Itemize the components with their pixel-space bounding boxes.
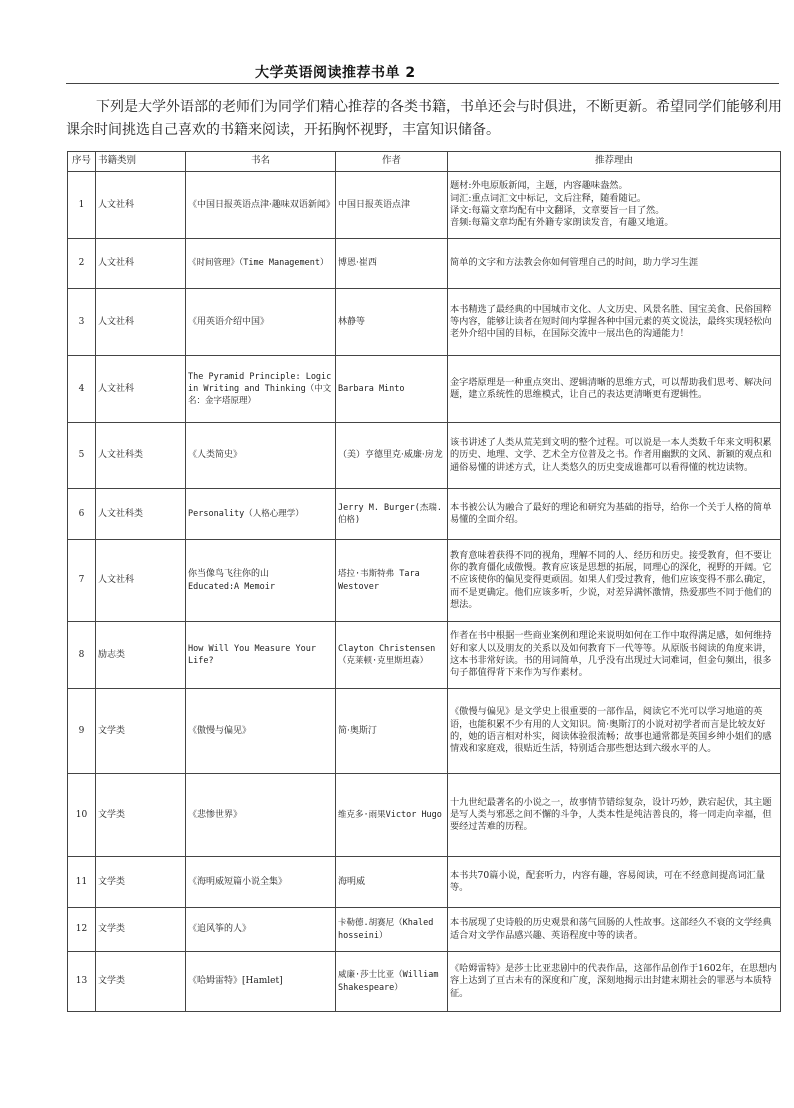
cell-category: 文学类 <box>96 857 186 908</box>
cell-reason: 《傲慢与偏见》是文学史上很重要的一部作品，阅读它不光可以学习地道的英语，也能积累… <box>448 689 781 774</box>
table-row: 8 励志类 How Will You Measure Your Life? Cl… <box>68 622 781 689</box>
cell-title: How Will You Measure Your Life? <box>186 622 336 689</box>
title-divider <box>66 83 779 84</box>
cell-reason: 该书讲述了人类从荒芜到文明的整个过程。可以说是一本人类数千年来文明积累的历史、地… <box>448 423 781 489</box>
cell-category: 人文社科类 <box>96 423 186 489</box>
cell-title: 《中国日报英语点津·趣味双语新闻》 <box>186 172 336 239</box>
cell-author: Clayton Christensen（克莱顿·克里斯坦森） <box>336 622 448 689</box>
cell-author: 威廉·莎士比亚（William Shakespeare） <box>336 952 448 1012</box>
cell-category: 人文社科 <box>96 172 186 239</box>
table-row: 6 人文社科类 Personality（人格心理学） Jerry M. Burg… <box>68 489 781 540</box>
cell-reason: 教育意味着获得不同的视角，理解不同的人、经历和历史。接受教育，但不要让你的教育僵… <box>448 540 781 622</box>
cell-category: 励志类 <box>96 622 186 689</box>
cell-author: 林静等 <box>336 289 448 356</box>
cell-category: 文学类 <box>96 908 186 952</box>
cell-reason: 本书被公认为融合了最好的理论和研究为基础的指导，给你一个关于人格的简单易懂的全面… <box>448 489 781 540</box>
cell-author: 博恩·崔西 <box>336 239 448 289</box>
intro-paragraph: 下列是大学外语部的老师们为同学们精心推荐的各类书籍，书单还会与时俱进，不断更新。… <box>66 96 782 142</box>
reason-line: 题材:外电原版新闻，主题，内容趣味盎然。 <box>450 180 778 192</box>
cell-num: 12 <box>68 908 96 952</box>
cell-reason: 十九世纪最著名的小说之一，故事情节错综复杂，设计巧妙，跌宕起伏，其主题是写人类与… <box>448 774 781 857</box>
cell-num: 1 <box>68 172 96 239</box>
cell-reason: 本书共70篇小说，配套听力，内容有趣，容易阅读，可在不经意间提高词汇量等。 <box>448 857 781 908</box>
table-row: 2 人文社科 《时间管理》（Time Management） 博恩·崔西 简单的… <box>68 239 781 289</box>
cell-title: The Pyramid Principle: Logic in Writing … <box>186 356 336 423</box>
cell-num: 5 <box>68 423 96 489</box>
cell-num: 2 <box>68 239 96 289</box>
title-line-cn: 你当像鸟飞往你的山 <box>188 568 333 580</box>
cell-author: 海明威 <box>336 857 448 908</box>
cell-category: 人文社科类 <box>96 489 186 540</box>
cell-num: 3 <box>68 289 96 356</box>
title-line-en: Educated:A Memoir <box>188 581 333 593</box>
table-header-row: 序号 书籍类别 书名 作者 推荐理由 <box>68 152 781 172</box>
cell-num: 13 <box>68 952 96 1012</box>
cell-reason: 金字塔原理是一种重点突出、逻辑清晰的思维方式，可以帮助我们思考、解决问题，建立系… <box>448 356 781 423</box>
cell-title: 你当像鸟飞往你的山 Educated:A Memoir <box>186 540 336 622</box>
cell-author: 卡勒德.胡赛尼（Khaled hosseini） <box>336 908 448 952</box>
cell-category: 人文社科 <box>96 289 186 356</box>
cell-num: 7 <box>68 540 96 622</box>
cell-reason: 作者在书中根据一些商业案例和理论来说明如何在工作中取得满足感，如何维持好和家人以… <box>448 622 781 689</box>
cell-category: 人文社科 <box>96 356 186 423</box>
cell-num: 10 <box>68 774 96 857</box>
document-title: 大学英语阅读推荐书单 2 <box>255 62 416 82</box>
cell-reason: 《哈姆雷特》是莎士比亚悲剧中的代表作品，这部作品创作于1602年，在思想内容上达… <box>448 952 781 1012</box>
header-author: 作者 <box>336 152 448 172</box>
cell-category: 人文社科 <box>96 540 186 622</box>
cell-reason: 题材:外电原版新闻，主题，内容趣味盎然。 词汇:重点词汇文中标记，文后注释，随看… <box>448 172 781 239</box>
header-num: 序号 <box>68 152 96 172</box>
cell-title: 《用英语介绍中国》 <box>186 289 336 356</box>
intro-text: 下列是大学外语部的老师们为同学们精心推荐的各类书籍，书单还会与时俱进，不断更新。… <box>66 96 782 142</box>
cell-title: 《人类简史》 <box>186 423 336 489</box>
table-row: 1 人文社科 《中国日报英语点津·趣味双语新闻》 中国日报英语点津 题材:外电原… <box>68 172 781 239</box>
cell-category: 文学类 <box>96 774 186 857</box>
cell-title: 《哈姆雷特》[Hamlet] <box>186 952 336 1012</box>
reason-line: 词汇:重点词汇文中标记，文后注释，随看随记。 <box>450 193 778 205</box>
header-title: 书名 <box>186 152 336 172</box>
table-row: 9 文学类 《傲慢与偏见》 简·奥斯汀 《傲慢与偏见》是文学史上很重要的一部作品… <box>68 689 781 774</box>
table-row: 3 人文社科 《用英语介绍中国》 林静等 本书精选了最经典的中国城市文化、人文历… <box>68 289 781 356</box>
cell-author: 塔拉·韦斯特弗 Tara Westover <box>336 540 448 622</box>
cell-author: （美）亨德里克·威廉·房龙 <box>336 423 448 489</box>
cell-num: 4 <box>68 356 96 423</box>
header-reason: 推荐理由 <box>448 152 781 172</box>
table-row: 12 文学类 《追风筝的人》 卡勒德.胡赛尼（Khaled hosseini） … <box>68 908 781 952</box>
cell-title: Personality（人格心理学） <box>186 489 336 540</box>
cell-num: 9 <box>68 689 96 774</box>
table-row: 7 人文社科 你当像鸟飞往你的山 Educated:A Memoir 塔拉·韦斯… <box>68 540 781 622</box>
cell-category: 文学类 <box>96 952 186 1012</box>
table-row: 13 文学类 《哈姆雷特》[Hamlet] 威廉·莎士比亚（William Sh… <box>68 952 781 1012</box>
cell-author: 中国日报英语点津 <box>336 172 448 239</box>
cell-num: 8 <box>68 622 96 689</box>
cell-reason: 简单的文字和方法教会你如何管理自己的时间，助力学习生涯 <box>448 239 781 289</box>
cell-author: 维克多·雨果Victor Hugo <box>336 774 448 857</box>
cell-title: 《时间管理》（Time Management） <box>186 239 336 289</box>
cell-num: 11 <box>68 857 96 908</box>
table-row: 11 文学类 《海明威短篇小说全集》 海明威 本书共70篇小说，配套听力，内容有… <box>68 857 781 908</box>
table-row: 4 人文社科 The Pyramid Principle: Logic in W… <box>68 356 781 423</box>
cell-title: 《傲慢与偏见》 <box>186 689 336 774</box>
cell-author: Jerry M. Burger(杰瑞.伯格) <box>336 489 448 540</box>
book-list-table: 序号 书籍类别 书名 作者 推荐理由 1 人文社科 《中国日报英语点津·趣味双语… <box>67 151 781 1012</box>
cell-category: 人文社科 <box>96 239 186 289</box>
cell-author: Barbara Minto <box>336 356 448 423</box>
cell-num: 6 <box>68 489 96 540</box>
table-row: 10 文学类 《悲惨世界》 维克多·雨果Victor Hugo 十九世纪最著名的… <box>68 774 781 857</box>
cell-reason: 本书精选了最经典的中国城市文化、人文历史、风景名胜、国宝美食、民俗国粹等内容，能… <box>448 289 781 356</box>
cell-title: 《悲惨世界》 <box>186 774 336 857</box>
reason-line: 译文:每篇文章均配有中文翻译，文章要旨一目了然。 <box>450 205 778 217</box>
header-category: 书籍类别 <box>96 152 186 172</box>
table-row: 5 人文社科类 《人类简史》 （美）亨德里克·威廉·房龙 该书讲述了人类从荒芜到… <box>68 423 781 489</box>
cell-title: 《追风筝的人》 <box>186 908 336 952</box>
cell-reason: 本书展现了史诗般的历史观景和荡气回肠的人性故事。这部经久不衰的文学经典适合对文学… <box>448 908 781 952</box>
cell-category: 文学类 <box>96 689 186 774</box>
reason-line: 音频:每篇文章均配有外籍专家朗读发音，有趣又地道。 <box>450 217 778 229</box>
cell-author: 简·奥斯汀 <box>336 689 448 774</box>
cell-title: 《海明威短篇小说全集》 <box>186 857 336 908</box>
